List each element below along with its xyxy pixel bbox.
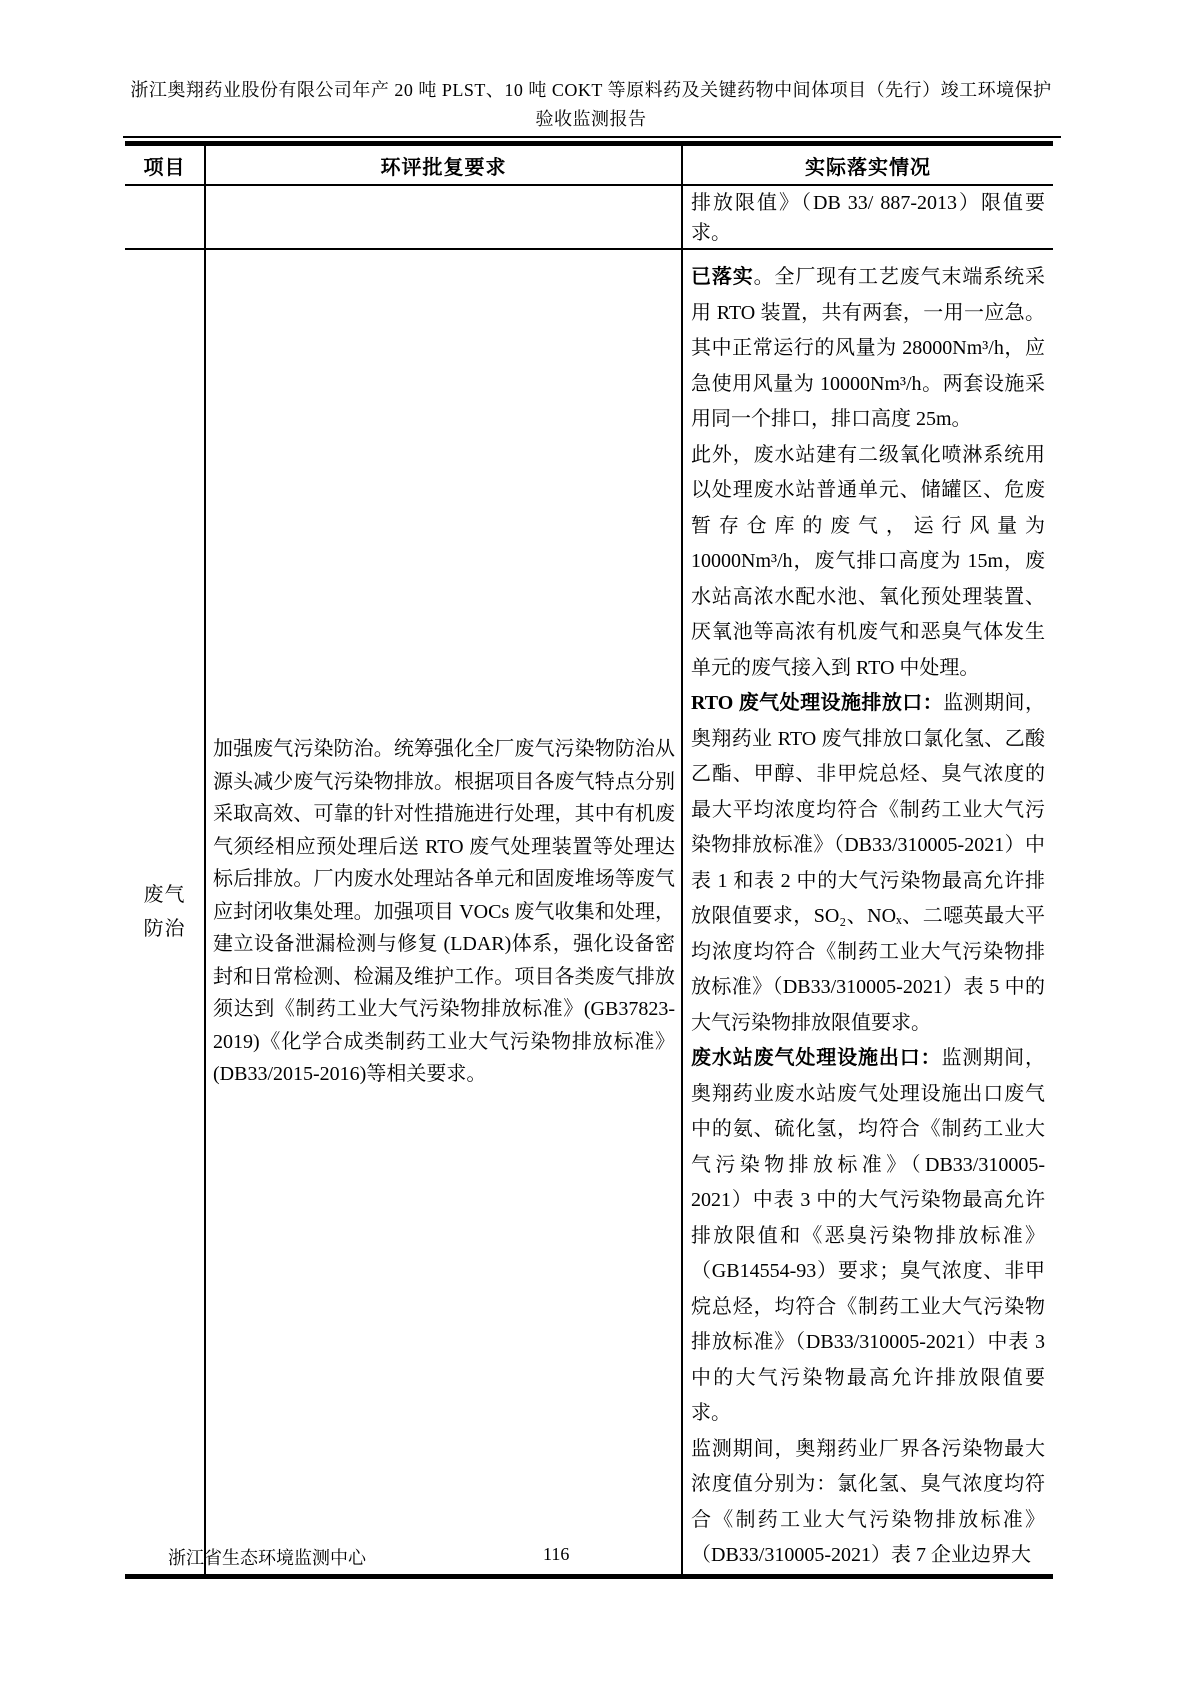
paragraph-lead: 废水站废气处理设施出口：: [691, 1047, 942, 1069]
paragraph-lead: RTO 废气处理设施排放口：: [691, 692, 943, 714]
table-row-continuation: 排放限值》（DB 33/ 887-2013）限值要求。: [125, 185, 1053, 249]
page-number: 116: [543, 1544, 569, 1565]
implementation-paragraph: 此外，废水站建有二级氧化喷淋系统用以处理废水站普通单元、储罐区、危废暂存仓库的废…: [691, 438, 1045, 687]
running-header: 浙江奥翔药业股份有限公司年产 20 吨 PLST、10 吨 COKT 等原料药及…: [125, 76, 1057, 134]
implementation-paragraph: 已落实。全厂现有工艺废气末端系统采用 RTO 装置，共有两套，一用一应急。其中正…: [691, 260, 1045, 438]
implementation-text: 监测期间，奥翔药业废水站废气处理设施出口废气中的氨、硫化氢，均符合《制药工业大气…: [691, 1047, 1045, 1424]
requirement-cell: [205, 185, 682, 249]
item-label: 废气防治: [144, 884, 186, 940]
header-divider: [123, 136, 1061, 138]
column-header-item: 项目: [125, 144, 205, 186]
implementation-text: 。全厂现有工艺废气末端系统采用 RTO 装置，共有两套，一用一应急。其中正常运行…: [691, 266, 1045, 430]
implementation-text: 排放限值》（DB 33/ 887-2013）限值要求。: [691, 192, 1045, 244]
column-header-requirement: 环评批复要求: [205, 144, 682, 186]
item-cell: [125, 185, 205, 249]
requirement-cell: 加强废气污染防治。统筹强化全厂废气污染物防治从源头减少废气污染物排放。根据项目各…: [205, 249, 682, 1576]
approval-implementation-table: 项目 环评批复要求 实际落实情况 排放限值》（DB 33/ 887-2013）限…: [125, 141, 1053, 1579]
implementation-paragraph: RTO 废气处理设施排放口：监测期间，奥翔药业 RTO 废气排放口氯化氢、乙酸乙…: [691, 686, 1045, 1041]
implementation-text: 此外，废水站建有二级氧化喷淋系统用以处理废水站普通单元、储罐区、危废暂存仓库的废…: [691, 444, 1045, 679]
implementation-cell: 已落实。全厂现有工艺废气末端系统采用 RTO 装置，共有两套，一用一应急。其中正…: [682, 249, 1053, 1576]
requirement-text: 加强废气污染防治。统筹强化全厂废气污染物防治从源头减少废气污染物排放。根据项目各…: [213, 733, 675, 1091]
column-header-implementation: 实际落实情况: [682, 144, 1053, 186]
implementation-paragraph: 监测期间，奥翔药业厂界各污染物最大浓度值分别为：氯化氢、臭气浓度均符合《制药工业…: [691, 1432, 1045, 1574]
implementation-text: 监测期间，奥翔药业厂界各污染物最大浓度值分别为：氯化氢、臭气浓度均符合《制药工业…: [691, 1438, 1045, 1567]
implementation-cell: 排放限值》（DB 33/ 887-2013）限值要求。: [682, 185, 1053, 249]
table-row-waste-gas: 废气防治 加强废气污染防治。统筹强化全厂废气污染物防治从源头减少废气污染物排放。…: [125, 249, 1053, 1576]
document-page: 浙江奥翔药业股份有限公司年产 20 吨 PLST、10 吨 COKT 等原料药及…: [0, 0, 1190, 1683]
table-header-row: 项目 环评批复要求 实际落实情况: [125, 144, 1053, 186]
item-cell: 废气防治: [125, 249, 205, 1576]
implementation-paragraph: 排放限值》（DB 33/ 887-2013）限值要求。: [691, 188, 1045, 248]
footer-organization: 浙江省生态环境监测中心: [168, 1544, 366, 1570]
report-title: 浙江奥翔药业股份有限公司年产 20 吨 PLST、10 吨 COKT 等原料药及…: [130, 80, 1051, 129]
implementation-paragraph: 废水站废气处理设施出口：监测期间，奥翔药业废水站废气处理设施出口废气中的氨、硫化…: [691, 1041, 1045, 1432]
paragraph-lead: 已落实: [691, 266, 754, 288]
implementation-text: 监测期间，奥翔药业 RTO 废气排放口氯化氢、乙酸乙酯、甲醇、非甲烷总烃、臭气浓…: [691, 692, 1045, 1034]
